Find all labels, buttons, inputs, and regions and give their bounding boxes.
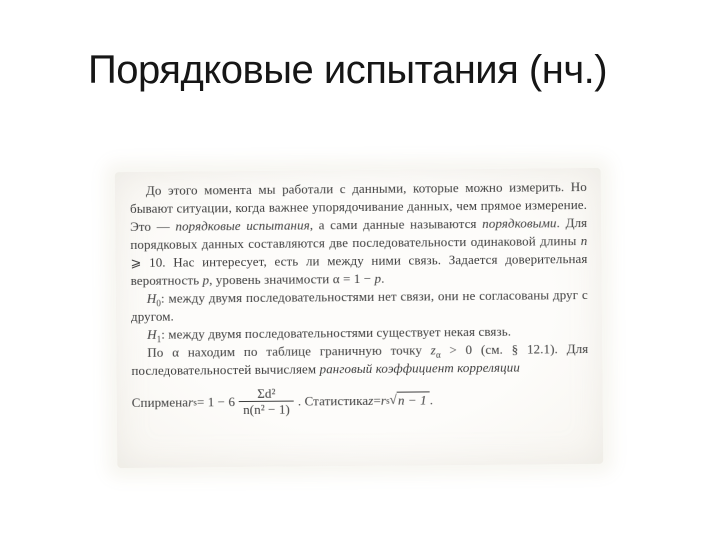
var-H0: H [147,291,157,306]
intro-text-5: , уровень значимости α = 1 − [209,271,375,287]
spearman-formula-line: Спирмена rs = 1 − 6 Σd² n(n² − 1) . Стат… [132,383,589,418]
sqrt-argument: n − 1 [397,391,430,407]
spearman-fraction: Σd² n(n² − 1) [239,386,294,417]
scanned-text-block: До этого момента мы работали с данными, … [115,168,603,418]
term-rank-correlation-coefficient: ранговый коэффициент корреляции [319,360,519,377]
scanned-page-image: До этого момента мы работали с данными, … [115,168,604,468]
var-H1: H [147,327,157,342]
intro-text-6: . [381,271,384,286]
var-n: n [581,233,588,248]
paragraph-intro: До этого момента мы работали с данными, … [130,178,588,290]
term-ordinal: порядковыми [482,215,557,231]
formula-mid: . Статистика [298,391,369,410]
formula-end: . [430,391,434,409]
intro-text-2: , а сами данные называются [310,216,483,233]
slide-title: Порядковые испытания (нч.) [88,44,648,96]
formula-eq1: = 1 − 6 [197,393,235,411]
h0-text: : между двумя последовательностями нет с… [131,287,588,324]
term-ordinal-trials: порядковые испытания [175,217,310,233]
var-r: r [188,393,193,411]
fraction-numerator: Σd² [239,386,294,401]
formula-lead: Спирмена [132,393,189,411]
formula-eq2: = [373,391,381,409]
sqrt-sign: √ [390,390,397,408]
paragraph-procedure: По α находим по таблице граничную точку … [131,340,588,380]
procedure-text-1: По α находим по таблице граничную точку [147,342,431,359]
h1-text: : между двумя последовательностями сущес… [161,324,511,342]
sqrt-expression: √n − 1 [390,391,430,409]
paragraph-h0-hypothesis: H0: между двумя последовательностями нет… [131,286,588,326]
fraction-denominator: n(n² − 1) [239,401,294,417]
slide: Порядковые испытания (нч.) До этого моме… [0,0,720,540]
